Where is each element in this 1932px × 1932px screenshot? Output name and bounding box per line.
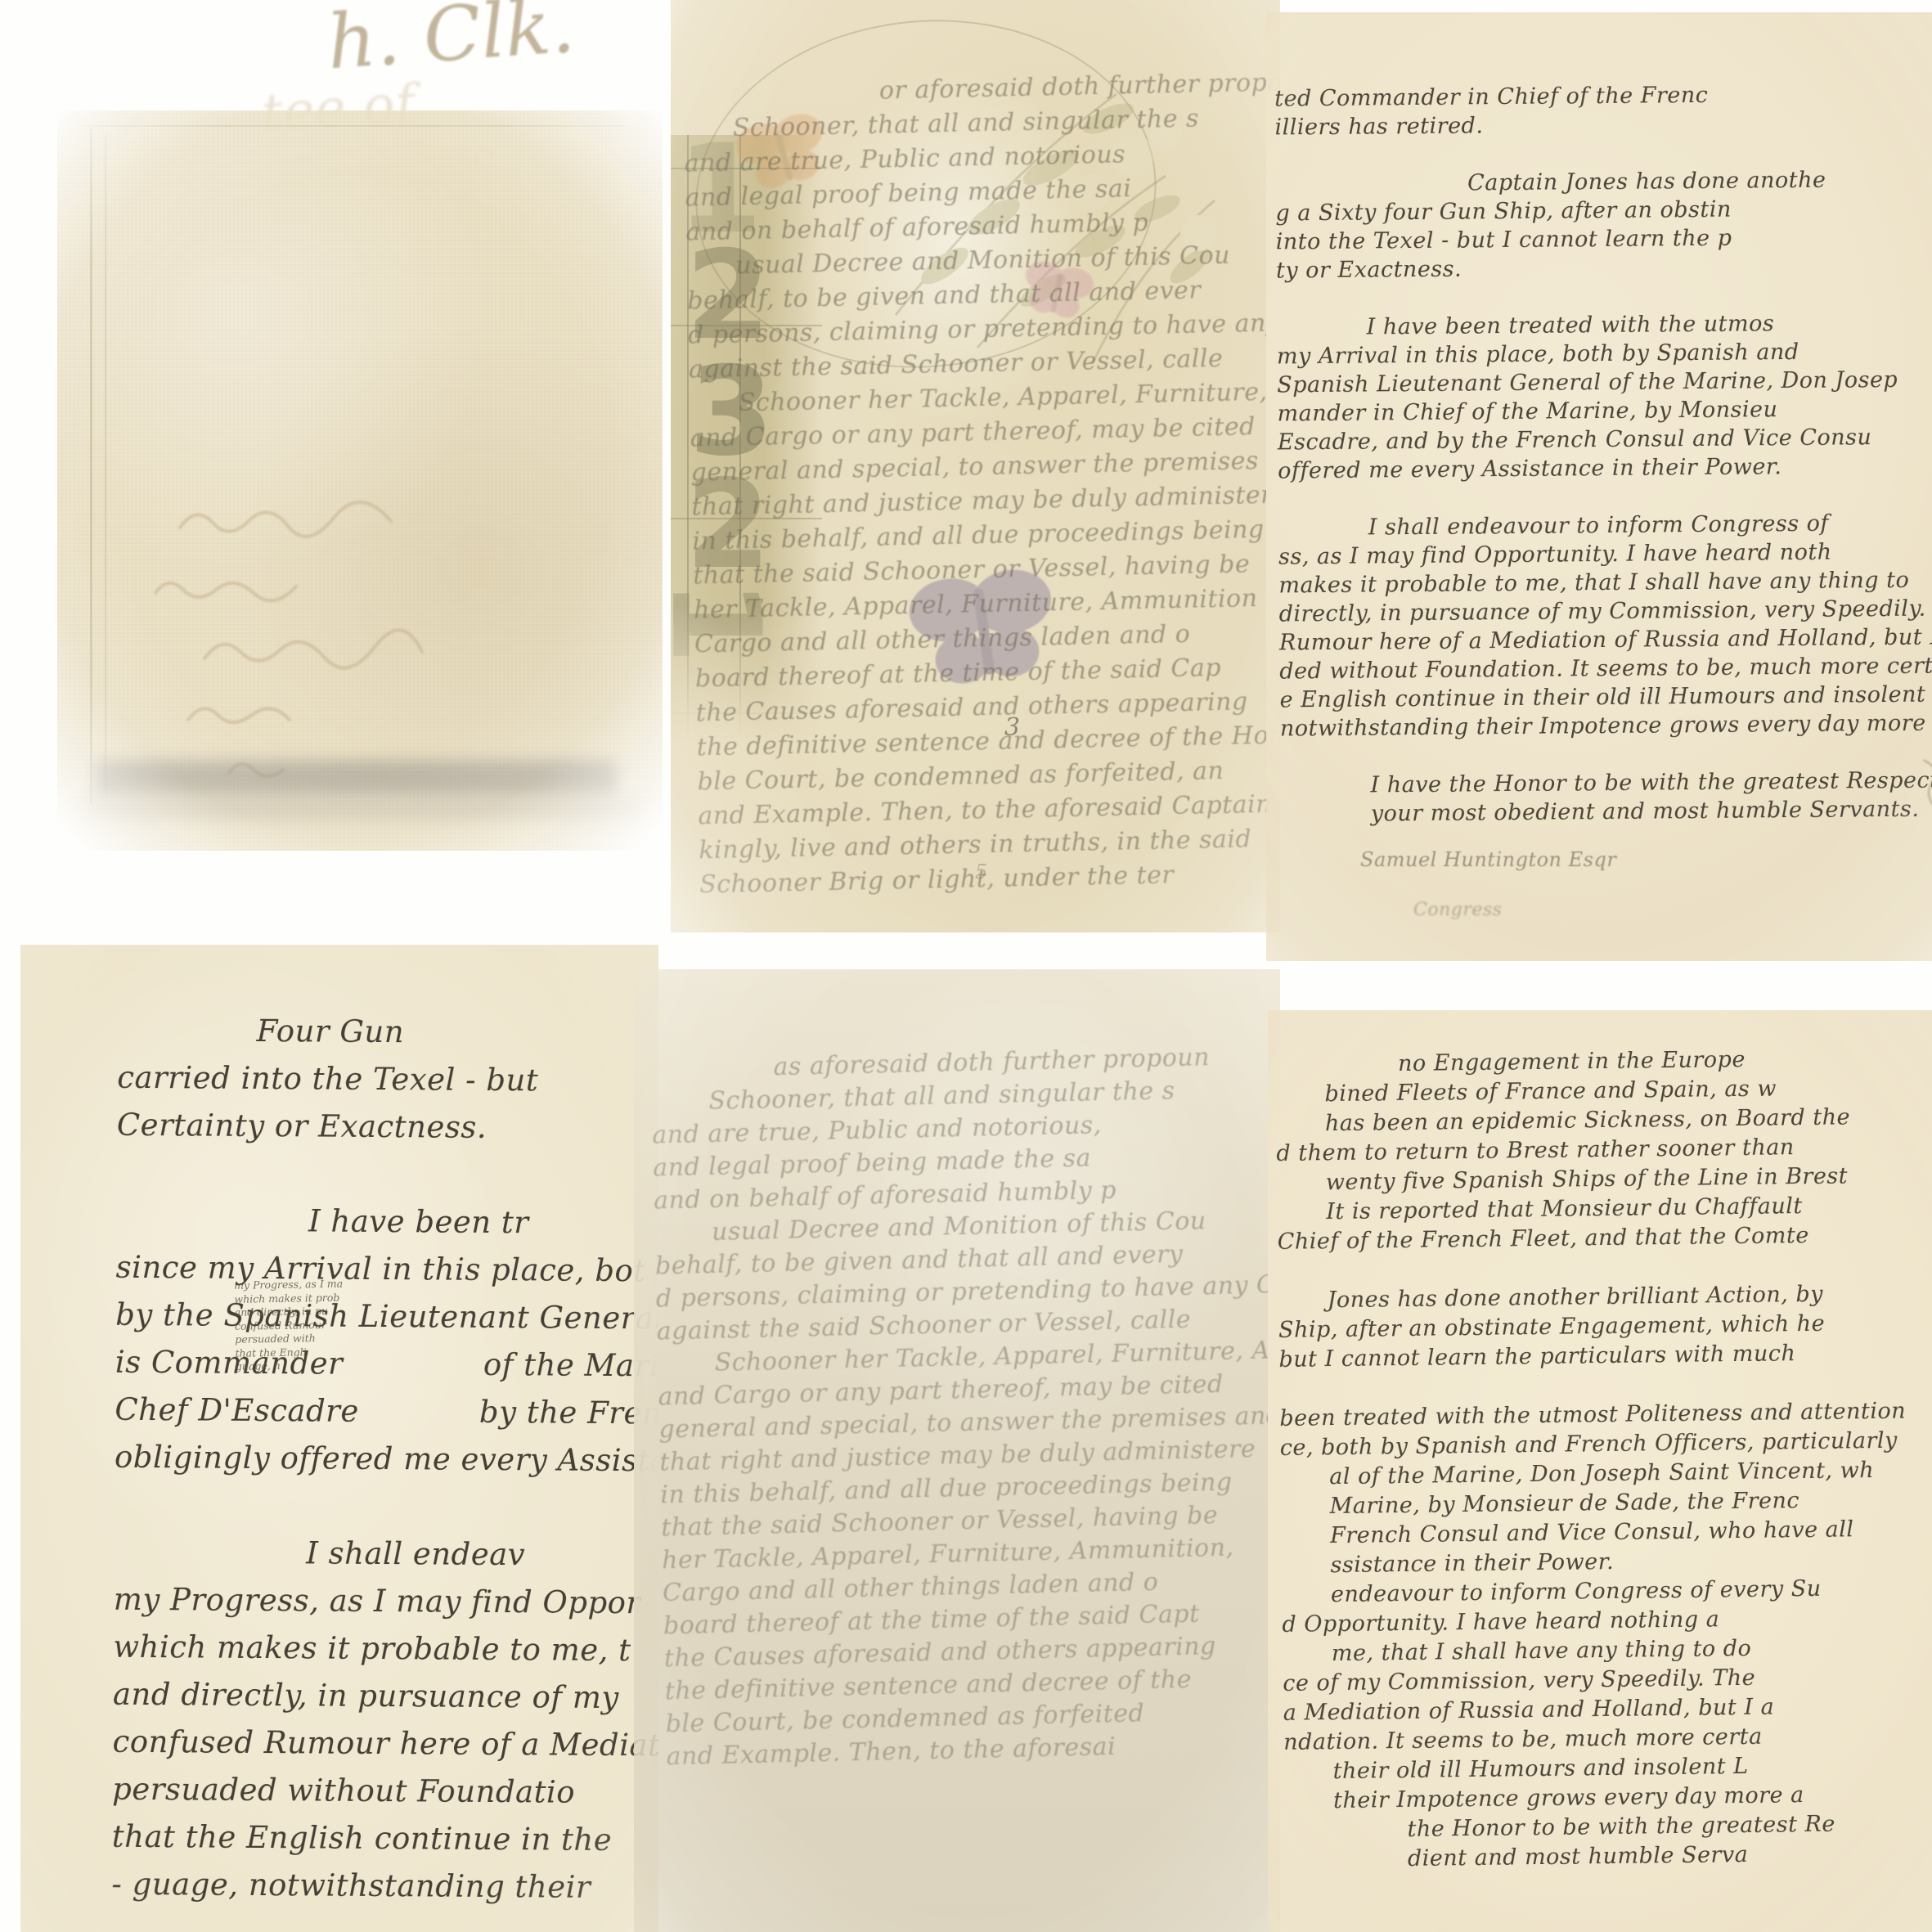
script-line: guage, n bbox=[236, 1359, 317, 1373]
ink-smudge bbox=[94, 761, 618, 795]
script-line: my Progress, as I may find Oppor bbox=[114, 1576, 641, 1628]
script-line: I shall endeav bbox=[306, 1530, 641, 1579]
script-line: Spanish Lieutenant General of the Marine… bbox=[1277, 366, 1925, 400]
paper-top-right-letter: ted Commander in Chief of the Frencillie… bbox=[1266, 12, 1932, 961]
script-line: I shall endeavour to inform Congress of bbox=[1368, 509, 1926, 542]
paper-fold-line bbox=[80, 125, 626, 127]
script-line: carried into the Texel - but bbox=[117, 1054, 645, 1106]
paper-fold-line bbox=[105, 135, 106, 793]
script-line: confused Rumour bbox=[235, 1319, 317, 1333]
script-line: my Progress, as I ma bbox=[234, 1278, 316, 1292]
micro-print-text: my Progress, as I mawhich makes it proba… bbox=[234, 1278, 317, 1373]
address-line: Congress bbox=[1413, 900, 1502, 920]
script-line: and directly, in pu bbox=[235, 1305, 317, 1319]
address-line: Samuel Huntington Esqr bbox=[1360, 848, 1616, 871]
script-line: Escadre, and by the French Consul and Vi… bbox=[1278, 423, 1925, 457]
paper-bottom-right-letter: no Engagement in the Europebined Fleets … bbox=[1268, 1010, 1932, 1932]
letter-body-text: no Engagement in the Europebined Fleets … bbox=[1275, 1043, 1932, 1876]
script-line: and directly, in pursuance of my bbox=[113, 1671, 640, 1723]
script-line: persuaded without Foundatio bbox=[112, 1766, 640, 1817]
script-line bbox=[116, 1149, 644, 1201]
script-line: which makes it probable to me, t bbox=[113, 1624, 640, 1675]
paper-bottom-middle-document: as aforesaid doth further propounSchoone… bbox=[634, 969, 1280, 1932]
letter-body-text: ted Commander in Chief of the Frencillie… bbox=[1274, 79, 1929, 829]
script-line: which makes it prob bbox=[234, 1292, 316, 1306]
collage-canvas: h. Clk. tee of a Thee 1 bbox=[0, 0, 1932, 1932]
paper-top-middle-document: 1 2 3 2 1 bbox=[671, 0, 1280, 932]
script-line: I have been treated with the utmos bbox=[1366, 308, 1924, 342]
script-line: Captain Jones has done anothe bbox=[1467, 165, 1923, 198]
script-line: I have been tr bbox=[308, 1197, 644, 1247]
script-line: dient and most humble Serva bbox=[1408, 1838, 1932, 1874]
script-line: Chef D'Escadre by the French bbox=[115, 1386, 642, 1438]
script-line: persuaded with bbox=[235, 1332, 317, 1346]
ink-smudge bbox=[80, 799, 645, 819]
script-line: Four Gun bbox=[256, 1008, 645, 1058]
paper-fold-line bbox=[90, 128, 92, 806]
script-line: that the English continue in the bbox=[112, 1813, 640, 1865]
letter-body-text: Four Guncarried into the Texel - butCert… bbox=[111, 1007, 645, 1912]
script-line: that the Engli bbox=[235, 1346, 317, 1360]
script-line bbox=[114, 1481, 641, 1533]
faded-document-text: as aforesaid doth further propounSchoone… bbox=[650, 1040, 1274, 1774]
script-line: by the Spanish Lieutenant General of bbox=[115, 1292, 643, 1343]
faded-document-text: or aforesaid doth further propounSchoone… bbox=[683, 66, 1283, 903]
script-line: since my Arrival in this place, bot bbox=[115, 1244, 643, 1296]
script-line: - guage, notwithstanding their bbox=[111, 1861, 639, 1912]
script-line: confused Rumour here of a Mediat bbox=[112, 1719, 640, 1770]
paper-bottom-left-letter: Four Guncarried into the Texel - butCert… bbox=[20, 945, 658, 1932]
paper-left-blank-sheet bbox=[57, 110, 663, 851]
script-line: notwithstanding their Impotence grows ev… bbox=[1280, 709, 1928, 744]
ghost-signature: h. Clk. bbox=[325, 0, 577, 86]
script-line: Certainty or Exactness. bbox=[117, 1102, 645, 1153]
script-line: is Commander of the Mari bbox=[115, 1339, 643, 1391]
script-line: obligingly offered me every Assistan bbox=[115, 1434, 642, 1485]
